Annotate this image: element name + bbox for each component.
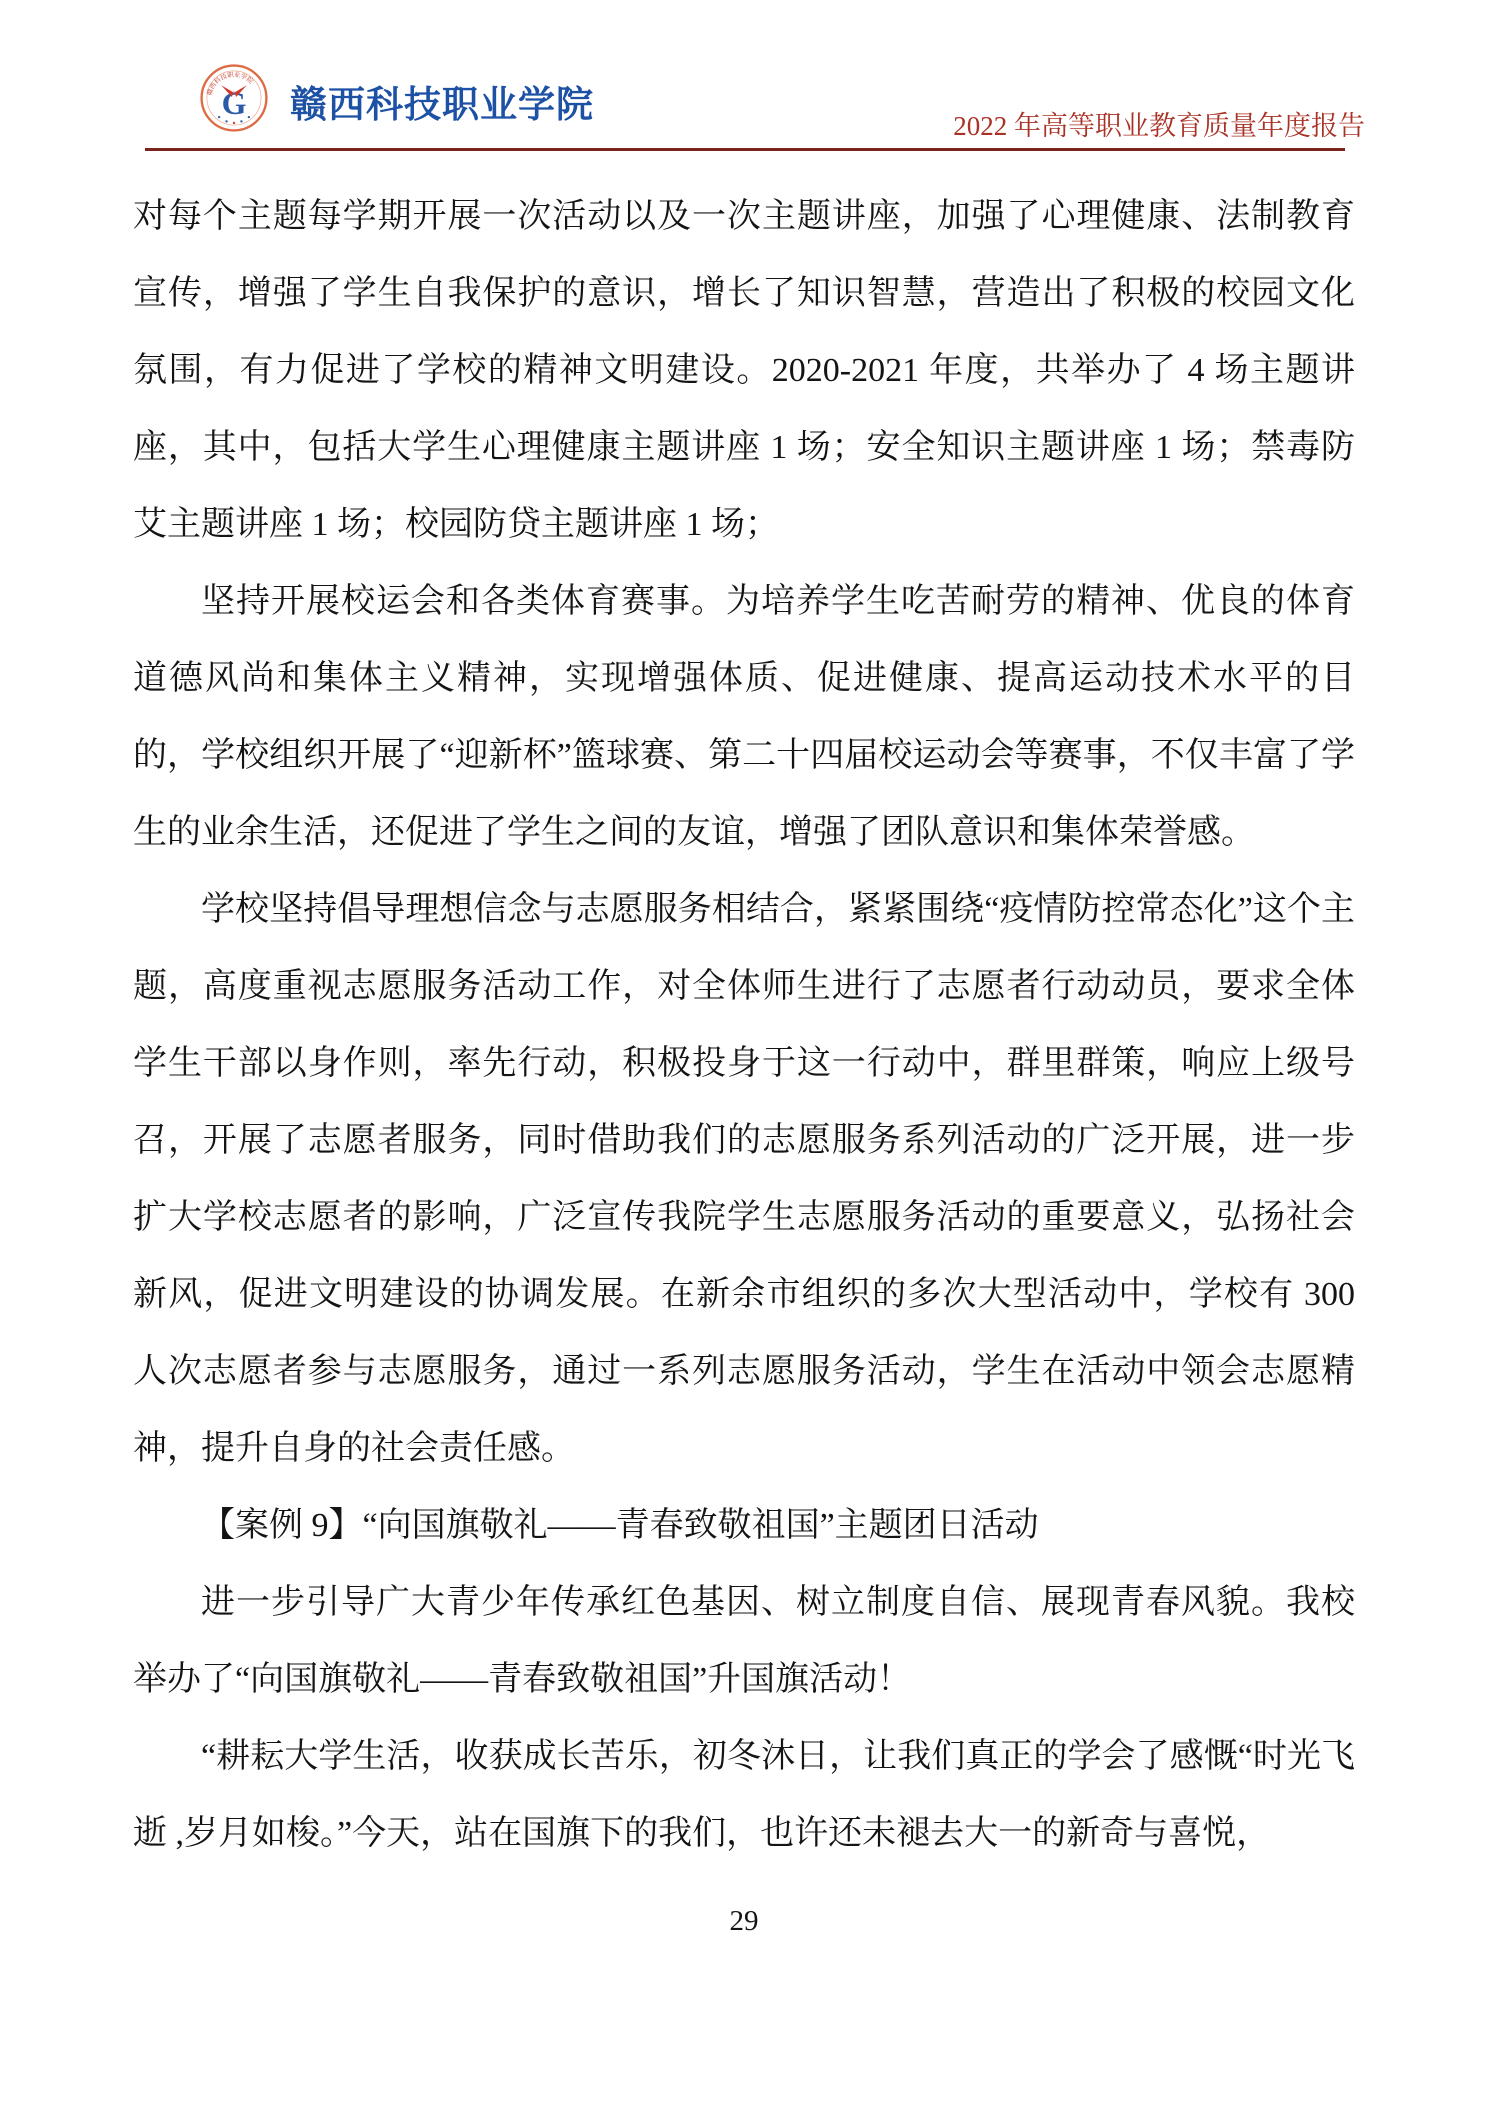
college-name: 赣西科技职业学院	[290, 74, 610, 128]
document-page: 赣西科技职业学院 G 赣西科技职业学院 2022 年高等职业教育质量年度报告 对…	[0, 0, 1488, 2105]
logo-dot	[218, 116, 220, 118]
report-title: 2022 年高等职业教育质量年度报告	[953, 104, 1365, 143]
page-number: 29	[730, 1905, 759, 1937]
header-rule	[145, 148, 1345, 151]
page-footer: 29	[0, 1905, 1488, 1938]
college-logo-svg: 赣西科技职业学院 G	[200, 64, 268, 132]
logo-dot	[240, 120, 242, 122]
college-logo-icon: 赣西科技职业学院 G	[200, 64, 268, 132]
document-body: 对每个主题每学期开展一次活动以及一次主题讲座，加强了心理健康、法制教育宣传，增强…	[133, 178, 1355, 1872]
logo-dot	[233, 122, 235, 124]
paragraph: “耕耘大学生活，收获成长苦乐，初冬沐日，让我们真正的学会了感慨“时光飞逝 ,岁月…	[133, 1718, 1355, 1872]
logo-dot	[225, 120, 227, 122]
paragraph: 对每个主题每学期开展一次活动以及一次主题讲座，加强了心理健康、法制教育宣传，增强…	[133, 178, 1355, 563]
paragraph: 坚持开展校运会和各类体育赛事。为培养学生吃苦耐劳的精神、优良的体育道德风尚和集体…	[133, 563, 1355, 871]
logo-dot	[248, 116, 250, 118]
paragraph: 学校坚持倡导理想信念与志愿服务相结合，紧紧围绕“疫情防控常态化”这个主题，高度重…	[133, 871, 1355, 1487]
paragraph: 进一步引导广大青少年传承红色基因、树立制度自信、展现青春风貌。我校举办了“向国旗…	[133, 1564, 1355, 1718]
paragraph-case-heading: 【案例 9】“向国旗敬礼——青春致敬祖国”主题团日活动	[133, 1487, 1355, 1564]
